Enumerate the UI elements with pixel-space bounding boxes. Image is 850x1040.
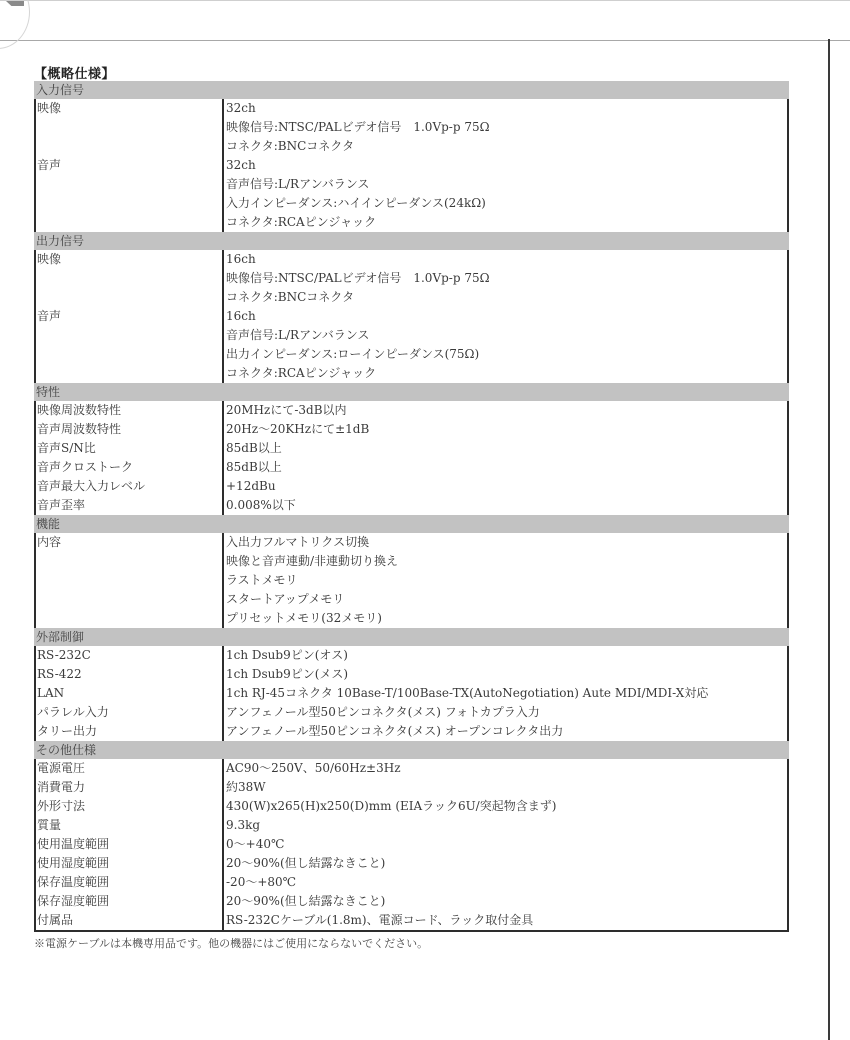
spec-label: 付属品 bbox=[36, 911, 222, 930]
spec-value: AC90～250V、50/60Hz±3Hz bbox=[224, 759, 787, 778]
section-header-other-specs: その他仕様 bbox=[34, 741, 789, 759]
section-body-functions: 内容入出力フルマトリクス切換映像と音声連動/非連動切り換えラストメモリスタートア… bbox=[34, 533, 789, 628]
section-body-input-signal: 映像音声32ch映像信号:NTSC/PALビデオ信号 1.0Vp-p 75Ωコネ… bbox=[34, 99, 789, 232]
spec-label bbox=[36, 137, 222, 156]
spec-label: 映像 bbox=[36, 99, 222, 118]
label-column: 映像音声 bbox=[36, 99, 224, 232]
spec-label: 質量 bbox=[36, 816, 222, 835]
section-header-functions: 機能 bbox=[34, 515, 789, 533]
spec-value: スタートアップメモリ bbox=[224, 590, 787, 609]
spec-label: RS-422 bbox=[36, 665, 222, 684]
spec-value: 1ch RJ-45コネクタ 10Base-T/100Base-TX(AutoNe… bbox=[224, 684, 787, 703]
spec-value: 85dB以上 bbox=[224, 458, 787, 477]
value-column: 入出力フルマトリクス切換映像と音声連動/非連動切り換えラストメモリスタートアップ… bbox=[224, 533, 787, 628]
spec-label: 保存湿度範囲 bbox=[36, 892, 222, 911]
spec-label: 内容 bbox=[36, 533, 222, 552]
spec-value: 20Hz～20KHzにて±1dB bbox=[224, 420, 787, 439]
spec-value: 0～+40℃ bbox=[224, 835, 787, 854]
spec-label bbox=[36, 194, 222, 213]
spec-value: +12dBu bbox=[224, 477, 787, 496]
back-button[interactable] bbox=[0, 0, 30, 49]
spec-label: 消費電力 bbox=[36, 778, 222, 797]
spec-value: 9.3kg bbox=[224, 816, 787, 835]
spec-value: 20～90%(但し結露なきこと) bbox=[224, 892, 787, 911]
spec-label: 音声S/N比 bbox=[36, 439, 222, 458]
spec-label bbox=[36, 364, 222, 383]
label-column: 映像音声 bbox=[36, 250, 224, 383]
spec-value: ラストメモリ bbox=[224, 571, 787, 590]
spec-value: 20～90%(但し結露なきこと) bbox=[224, 854, 787, 873]
spec-label: 映像周波数特性 bbox=[36, 401, 222, 420]
spec-label bbox=[36, 175, 222, 194]
spec-value: 音声信号:L/Rアンバランス bbox=[224, 175, 787, 194]
section-body-output-signal: 映像音声16ch映像信号:NTSC/PALビデオ信号 1.0Vp-p 75Ωコネ… bbox=[34, 250, 789, 383]
spec-label: パラレル入力 bbox=[36, 703, 222, 722]
viewer-toolbar bbox=[0, 0, 850, 41]
spec-label bbox=[36, 571, 222, 590]
spec-value: コネクタ:RCAピンジャック bbox=[224, 364, 787, 383]
section-body-external-control: RS-232CRS-422LANパラレル入力タリー出力1ch Dsub9ピン(オ… bbox=[34, 646, 789, 741]
spec-value: 16ch bbox=[224, 307, 787, 326]
spec-label: 音声周波数特性 bbox=[36, 420, 222, 439]
spec-value: 入力インピーダンス:ハイインピーダンス(24kΩ) bbox=[224, 194, 787, 213]
spec-value: 映像と音声連動/非連動切り換え bbox=[224, 552, 787, 571]
section-body-other-specs: 電源電圧消費電力外形寸法質量使用温度範囲使用湿度範囲保存温度範囲保存湿度範囲付属… bbox=[34, 759, 789, 932]
section-header-characteristics: 特性 bbox=[34, 383, 789, 401]
spec-label: タリー出力 bbox=[36, 722, 222, 741]
spec-label bbox=[36, 118, 222, 137]
spec-label: 保存温度範囲 bbox=[36, 873, 222, 892]
spec-label bbox=[36, 609, 222, 628]
section-header-output-signal: 出力信号 bbox=[34, 232, 789, 250]
spec-label bbox=[36, 590, 222, 609]
spec-value: 20MHzにて-3dB以内 bbox=[224, 401, 787, 420]
spec-value: 約38W bbox=[224, 778, 787, 797]
spec-value: 16ch bbox=[224, 250, 787, 269]
spec-value: 出力インピーダンス:ローインピーダンス(75Ω) bbox=[224, 345, 787, 364]
spec-value: -20～+80℃ bbox=[224, 873, 787, 892]
spec-label bbox=[36, 345, 222, 364]
spec-label: 映像 bbox=[36, 250, 222, 269]
spec-value: 1ch Dsub9ピン(オス) bbox=[224, 646, 787, 665]
spec-table: 入力信号映像音声32ch映像信号:NTSC/PALビデオ信号 1.0Vp-p 7… bbox=[34, 81, 789, 932]
spec-label: 使用湿度範囲 bbox=[36, 854, 222, 873]
label-column: 内容 bbox=[36, 533, 224, 628]
spec-label: 音声 bbox=[36, 307, 222, 326]
section-body-characteristics: 映像周波数特性音声周波数特性音声S/N比音声クロストーク音声最大入力レベル音声歪… bbox=[34, 401, 789, 515]
spec-label: 音声 bbox=[36, 156, 222, 175]
value-column: 32ch映像信号:NTSC/PALビデオ信号 1.0Vp-p 75Ωコネクタ:B… bbox=[224, 99, 787, 232]
spec-label: 音声最大入力レベル bbox=[36, 477, 222, 496]
value-column: 16ch映像信号:NTSC/PALビデオ信号 1.0Vp-p 75Ωコネクタ:B… bbox=[224, 250, 787, 383]
value-column: 1ch Dsub9ピン(オス)1ch Dsub9ピン(メス)1ch RJ-45コ… bbox=[224, 646, 787, 741]
spec-value: 音声信号:L/Rアンバランス bbox=[224, 326, 787, 345]
spec-value: コネクタ:RCAピンジャック bbox=[224, 213, 787, 232]
spec-value: 32ch bbox=[224, 99, 787, 118]
label-column: 映像周波数特性音声周波数特性音声S/N比音声クロストーク音声最大入力レベル音声歪… bbox=[36, 401, 224, 515]
spec-label: 音声歪率 bbox=[36, 496, 222, 515]
spec-value: アンフェノール型50ピンコネクタ(メス) フォトカプラ入力 bbox=[224, 703, 787, 722]
spec-label bbox=[36, 552, 222, 571]
spec-value: 85dB以上 bbox=[224, 439, 787, 458]
spec-label bbox=[36, 269, 222, 288]
spec-label: RS-232C bbox=[36, 646, 222, 665]
spec-label: 使用温度範囲 bbox=[36, 835, 222, 854]
spec-value: 32ch bbox=[224, 156, 787, 175]
spec-label: 電源電圧 bbox=[36, 759, 222, 778]
spec-label: LAN bbox=[36, 684, 222, 703]
spec-value: プリセットメモリ(32メモリ) bbox=[224, 609, 787, 628]
value-column: AC90～250V、50/60Hz±3Hz約38W430(W)x265(H)x2… bbox=[224, 759, 787, 930]
section-header-input-signal: 入力信号 bbox=[34, 81, 789, 99]
spec-value: 0.008%以下 bbox=[224, 496, 787, 515]
spec-label bbox=[36, 213, 222, 232]
label-column: RS-232CRS-422LANパラレル入力タリー出力 bbox=[36, 646, 224, 741]
spec-label bbox=[36, 288, 222, 307]
spec-label: 音声クロストーク bbox=[36, 458, 222, 477]
label-column: 電源電圧消費電力外形寸法質量使用温度範囲使用湿度範囲保存温度範囲保存湿度範囲付属… bbox=[36, 759, 224, 930]
spec-value: 1ch Dsub9ピン(メス) bbox=[224, 665, 787, 684]
spec-value: 430(W)x265(H)x250(D)mm (EIAラック6U/突起物含まず) bbox=[224, 797, 787, 816]
spec-value: コネクタ:BNCコネクタ bbox=[224, 137, 787, 156]
spec-value: 映像信号:NTSC/PALビデオ信号 1.0Vp-p 75Ω bbox=[224, 118, 787, 137]
spec-value: 映像信号:NTSC/PALビデオ信号 1.0Vp-p 75Ω bbox=[224, 269, 787, 288]
spec-value: 入出力フルマトリクス切換 bbox=[224, 533, 787, 552]
document-title: 【概略仕様】 bbox=[34, 63, 115, 82]
footnote: ※電源ケーブルは本機専用品です。他の機器にはご使用にならないでください。 bbox=[34, 935, 428, 951]
spec-value: RS-232Cケーブル(1.8m)、電源コード、ラック取付金具 bbox=[224, 911, 787, 930]
spec-value: コネクタ:BNCコネクタ bbox=[224, 288, 787, 307]
spec-label bbox=[36, 326, 222, 345]
section-header-external-control: 外部制御 bbox=[34, 628, 789, 646]
page-edge-divider bbox=[828, 39, 830, 1040]
spec-value: アンフェノール型50ピンコネクタ(メス) オープンコレクタ出力 bbox=[224, 722, 787, 741]
value-column: 20MHzにて-3dB以内20Hz～20KHzにて±1dB85dB以上85dB以… bbox=[224, 401, 787, 515]
spec-label: 外形寸法 bbox=[36, 797, 222, 816]
